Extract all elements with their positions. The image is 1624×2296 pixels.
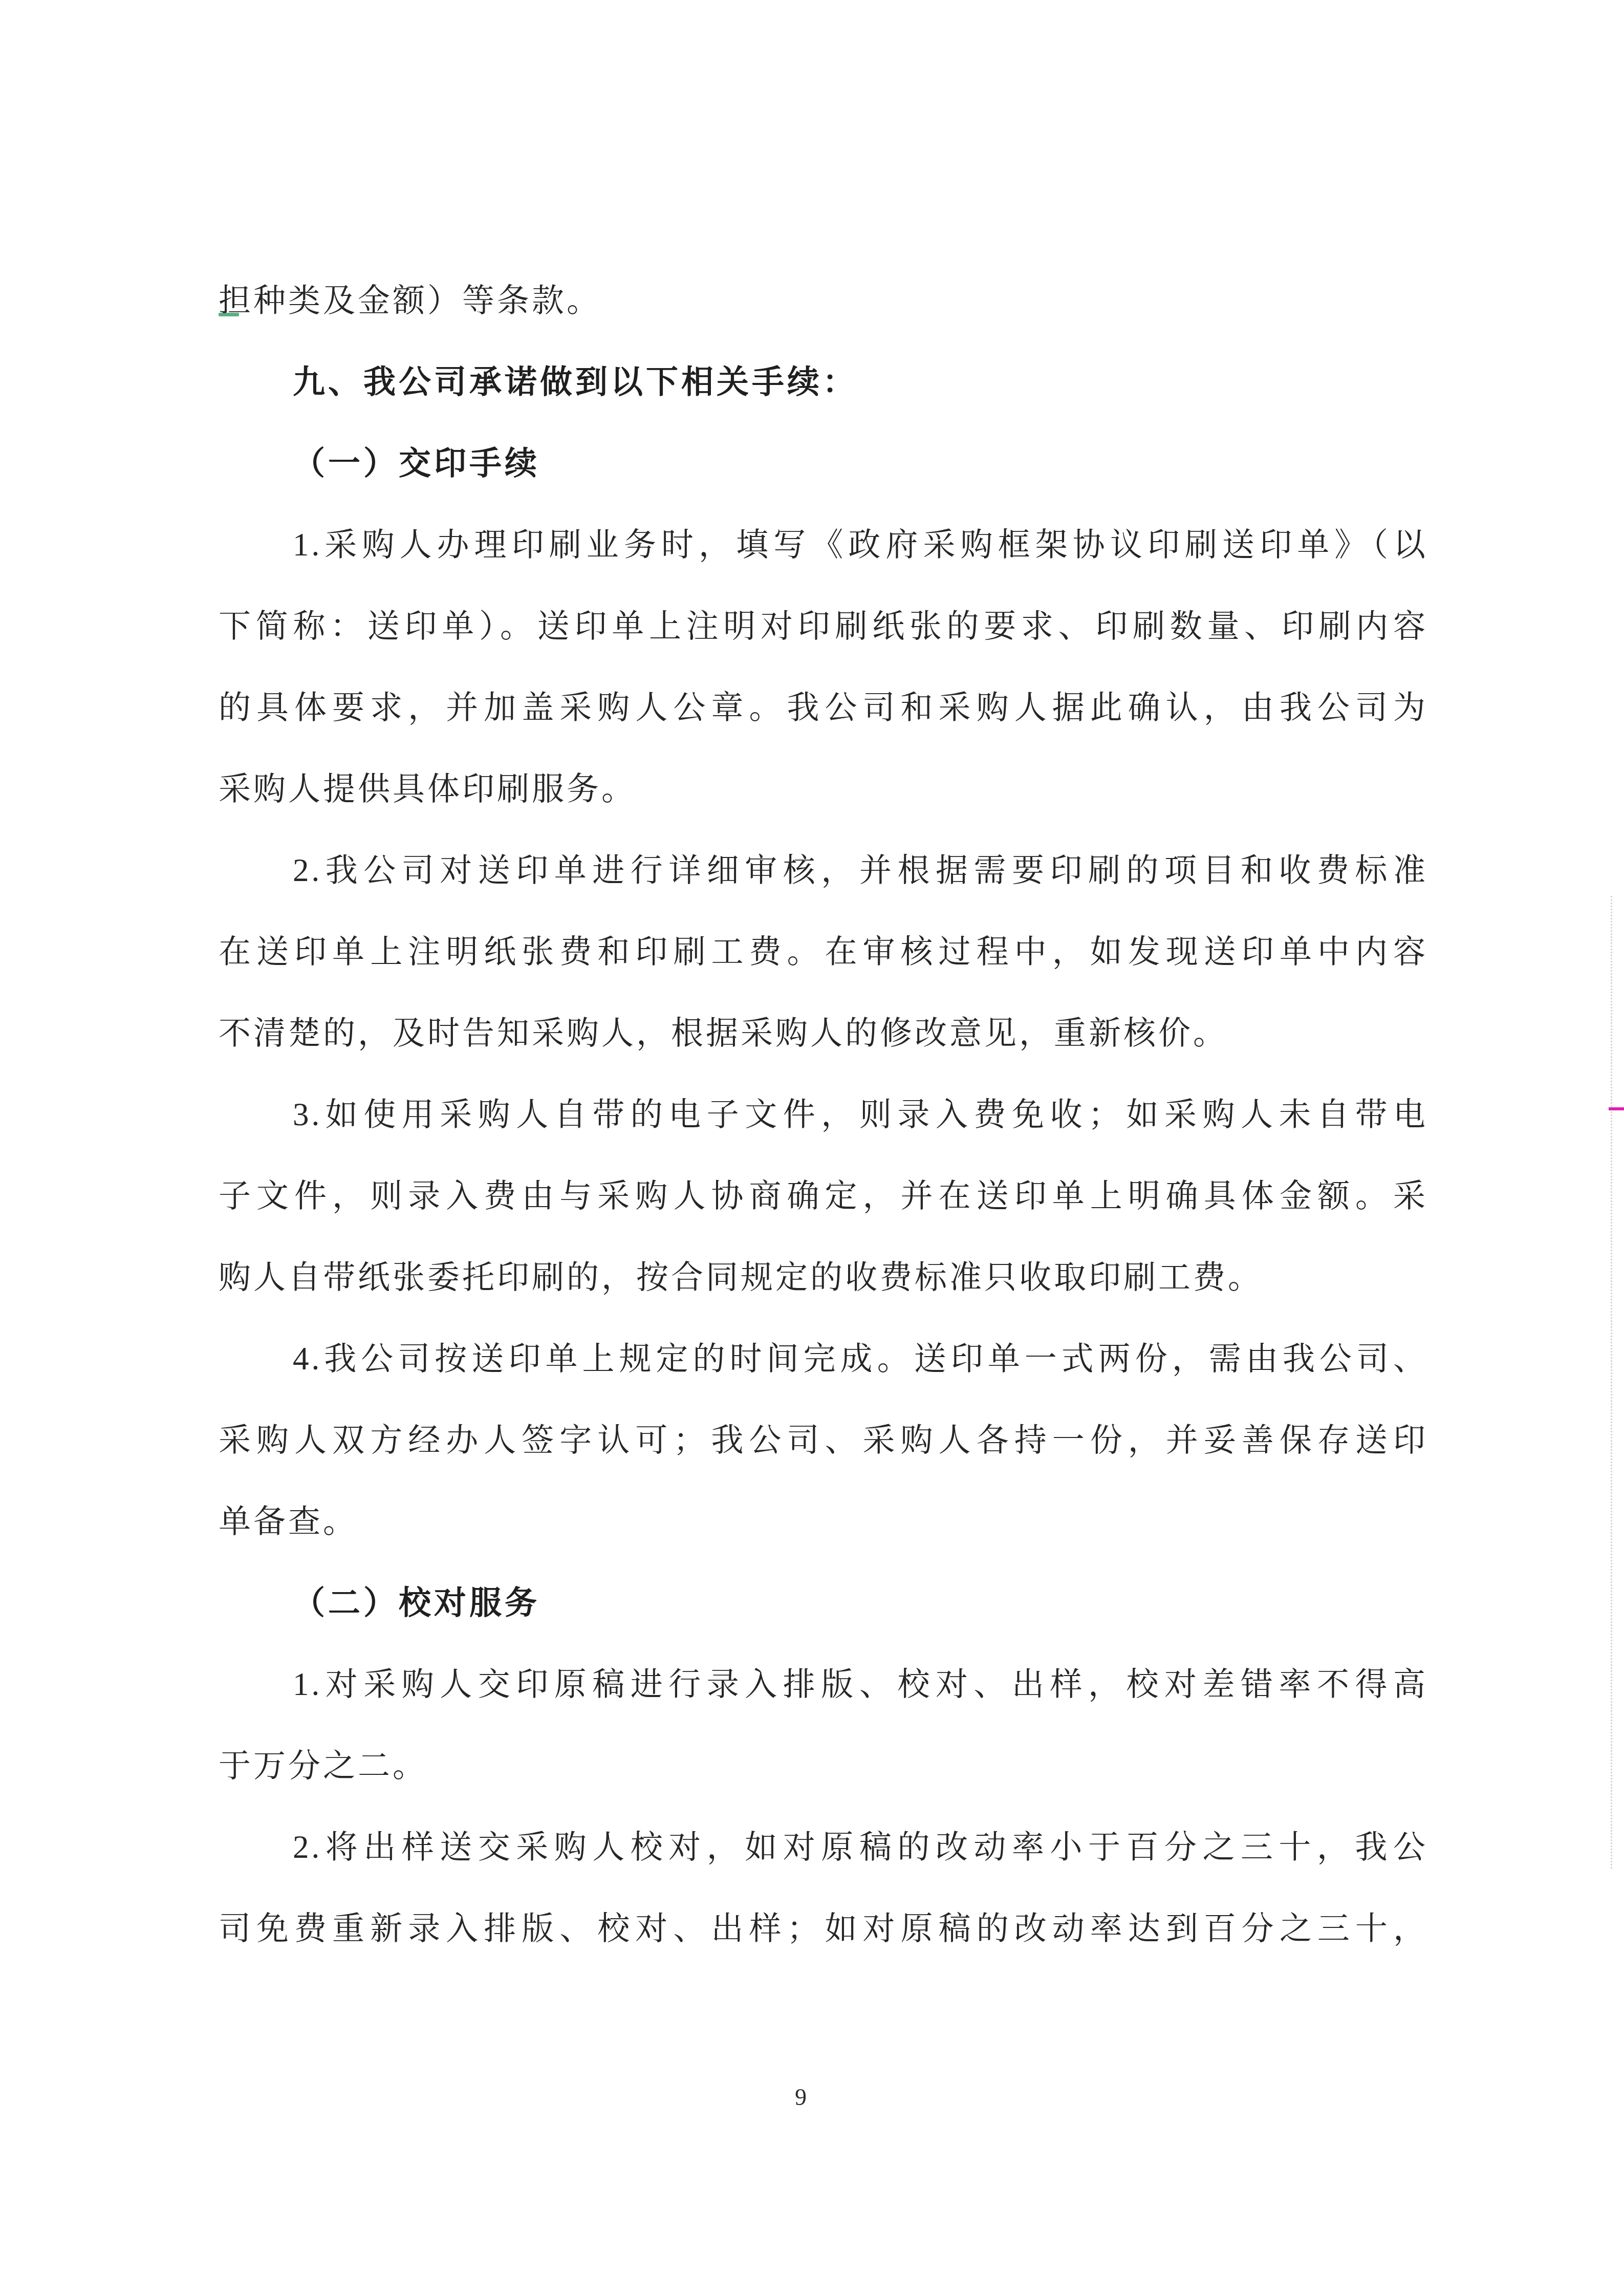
text-line: 司免费重新录入排版、校对、出样；如对原稿的改动率达到百分之三十， bbox=[219, 1888, 1428, 1969]
scan-noise-dotted-line bbox=[1611, 896, 1612, 1869]
text-line: 在送印单上注明纸张费和印刷工费。在审核过程中，如发现送印单中内容 bbox=[219, 911, 1428, 993]
text-line: 单备查。 bbox=[219, 1481, 1428, 1562]
text-line: 子文件，则录入费由与采购人协商确定，并在送印单上明确具体金额。采 bbox=[219, 1155, 1428, 1237]
text-line: 1.对采购人交印原稿进行录入排版、校对、出样，校对差错率不得高 bbox=[219, 1644, 1428, 1725]
document-body: 担种类及金额）等条款。 九、我公司承诺做到以下相关手续： （一）交印手续 1.采… bbox=[219, 260, 1428, 1969]
page-number: 9 bbox=[0, 2079, 1624, 2115]
text-line: 2.我公司对送印单进行详细审核，并根据需要印刷的项目和收费标准 bbox=[219, 830, 1428, 911]
text-line: 2.将出样送交采购人校对，如对原稿的改动率小于百分之三十，我公 bbox=[219, 1807, 1428, 1888]
text-line: 4.我公司按送印单上规定的时间完成。送印单一式两份，需由我公司、 bbox=[219, 1318, 1428, 1400]
text-line: 3.如使用采购人自带的电子文件，则录入费免收；如采购人未自带电 bbox=[219, 1074, 1428, 1155]
text-line: 于万分之二。 bbox=[219, 1725, 1428, 1807]
text-line: 采购人提供具体印刷服务。 bbox=[219, 748, 1428, 830]
text-line: 下简称：送印单）。送印单上注明对印刷纸张的要求、印刷数量、印刷内容 bbox=[219, 586, 1428, 667]
text-line: 担种类及金额）等条款。 bbox=[219, 260, 1428, 341]
scanned-document-page: 担种类及金额）等条款。 九、我公司承诺做到以下相关手续： （一）交印手续 1.采… bbox=[0, 0, 1624, 2296]
green-underline-scan-mark bbox=[219, 313, 239, 316]
text-line: 的具体要求，并加盖采购人公章。我公司和采购人据此确认，由我公司为 bbox=[219, 667, 1428, 748]
text-line: 1.采购人办理印刷业务时，填写《政府采购框架协议印刷送印单》（以 bbox=[219, 504, 1428, 586]
subsection-heading: （二）校对服务 bbox=[219, 1562, 1428, 1644]
text-line: 购人自带纸张委托印刷的，按合同规定的收费标准只收取印刷工费。 bbox=[219, 1237, 1428, 1318]
text-line: 采购人双方经办人签字认可；我公司、采购人各持一份，并妥善保存送印 bbox=[219, 1400, 1428, 1481]
text-line: 不清楚的，及时告知采购人，根据采购人的修改意见，重新核价。 bbox=[219, 993, 1428, 1074]
subsection-heading: （一）交印手续 bbox=[219, 423, 1428, 504]
section-heading: 九、我公司承诺做到以下相关手续： bbox=[219, 341, 1428, 423]
